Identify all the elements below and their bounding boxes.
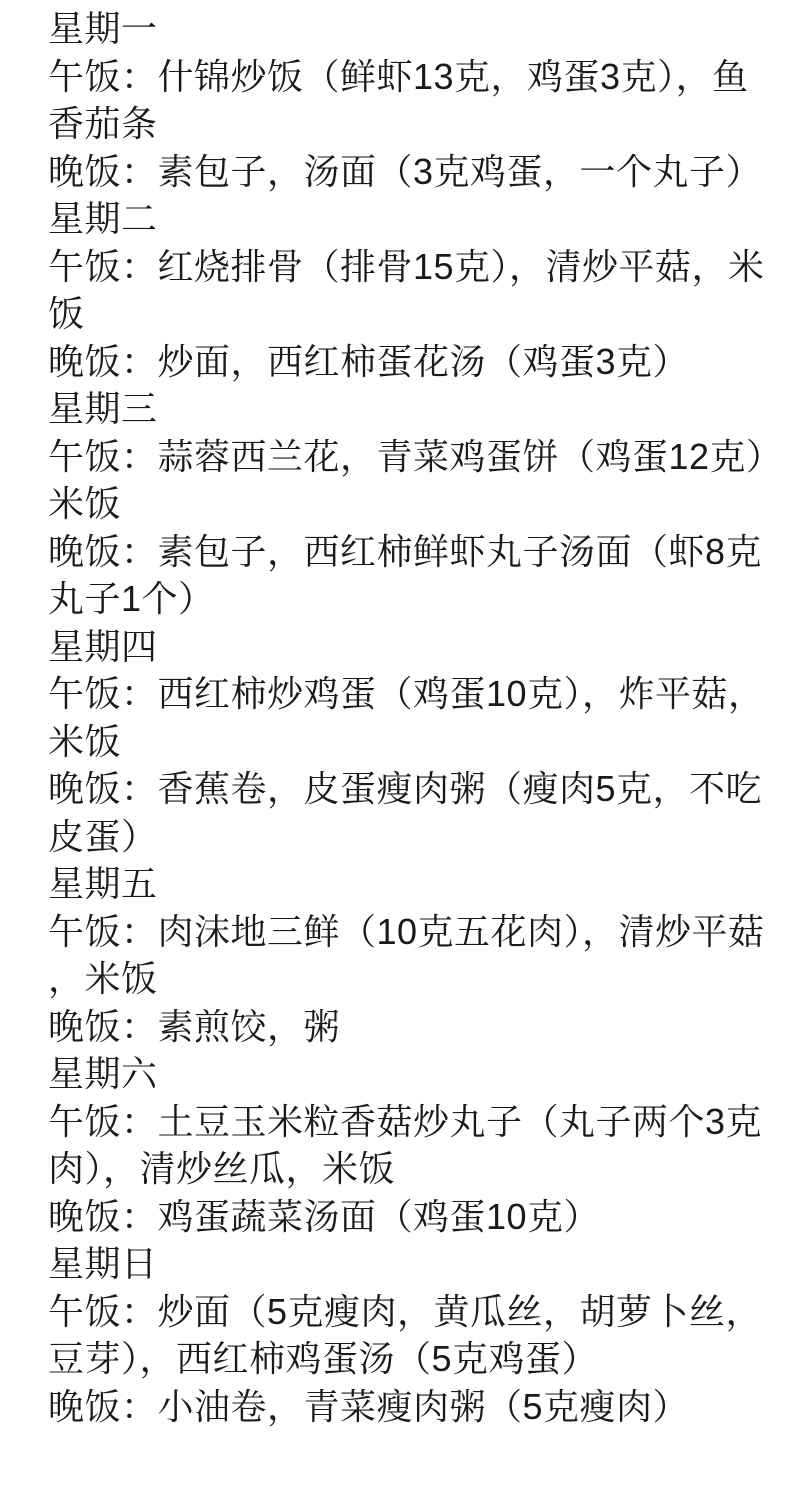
dinner-line: 晚饭：香蕉卷，皮蛋瘦肉粥（瘦肉5克，不吃皮蛋）: [48, 765, 778, 860]
day-section-wednesday: 星期三 午饭：蒜蓉西兰花，青菜鸡蛋饼（鸡蛋12克）米饭 晚饭：素包子，西红柿鲜虾…: [48, 385, 778, 623]
lunch-line: 午饭：土豆玉米粒香菇炒丸子（丸子两个3克肉），清炒丝瓜，米饭: [48, 1098, 778, 1193]
dinner-line: 晚饭：素煎饺，粥: [48, 1003, 778, 1051]
day-heading: 星期二: [48, 195, 778, 243]
lunch-line: 午饭：蒜蓉西兰花，青菜鸡蛋饼（鸡蛋12克）米饭: [48, 433, 778, 528]
lunch-line: 午饭：西红柿炒鸡蛋（鸡蛋10克），炸平菇，米饭: [48, 670, 778, 765]
dinner-line: 晚饭：炒面，西红柿蛋花汤（鸡蛋3克）: [48, 338, 778, 386]
day-heading: 星期日: [48, 1240, 778, 1288]
day-heading: 星期一: [48, 5, 778, 53]
dinner-line: 晚饭：素包子，西红柿鲜虾丸子汤面（虾8克丸子1个）: [48, 528, 778, 623]
day-section-saturday: 星期六 午饭：土豆玉米粒香菇炒丸子（丸子两个3克肉），清炒丝瓜，米饭 晚饭：鸡蛋…: [48, 1050, 778, 1240]
lunch-line: 午饭：红烧排骨（排骨15克），清炒平菇，米饭: [48, 243, 778, 338]
day-section-friday: 星期五 午饭：肉沫地三鲜（10克五花肉），清炒平菇，米饭 晚饭：素煎饺，粥: [48, 860, 778, 1050]
dinner-line: 晚饭：素包子，汤面（3克鸡蛋，一个丸子）: [48, 148, 778, 196]
day-section-sunday: 星期日 午饭：炒面（5克瘦肉，黄瓜丝，胡萝卜丝，豆芽），西红柿鸡蛋汤（5克鸡蛋）…: [48, 1240, 778, 1430]
day-heading: 星期三: [48, 385, 778, 433]
day-heading: 星期五: [48, 860, 778, 908]
day-section-monday: 星期一 午饭：什锦炒饭（鲜虾13克，鸡蛋3克），鱼香茄条 晚饭：素包子，汤面（3…: [48, 5, 778, 195]
day-heading: 星期六: [48, 1050, 778, 1098]
day-heading: 星期四: [48, 623, 778, 671]
lunch-line: 午饭：什锦炒饭（鲜虾13克，鸡蛋3克），鱼香茄条: [48, 53, 778, 148]
lunch-line: 午饭：炒面（5克瘦肉，黄瓜丝，胡萝卜丝，豆芽），西红柿鸡蛋汤（5克鸡蛋）: [48, 1288, 778, 1383]
dinner-line: 晚饭：鸡蛋蔬菜汤面（鸡蛋10克）: [48, 1193, 778, 1241]
dinner-line: 晚饭：小油卷，青菜瘦肉粥（5克瘦肉）: [48, 1383, 778, 1431]
day-section-thursday: 星期四 午饭：西红柿炒鸡蛋（鸡蛋10克），炸平菇，米饭 晚饭：香蕉卷，皮蛋瘦肉粥…: [48, 623, 778, 861]
meal-plan-document: 星期一 午饭：什锦炒饭（鲜虾13克，鸡蛋3克），鱼香茄条 晚饭：素包子，汤面（3…: [0, 0, 800, 1470]
lunch-line: 午饭：肉沫地三鲜（10克五花肉），清炒平菇，米饭: [48, 908, 778, 1003]
day-section-tuesday: 星期二 午饭：红烧排骨（排骨15克），清炒平菇，米饭 晚饭：炒面，西红柿蛋花汤（…: [48, 195, 778, 385]
